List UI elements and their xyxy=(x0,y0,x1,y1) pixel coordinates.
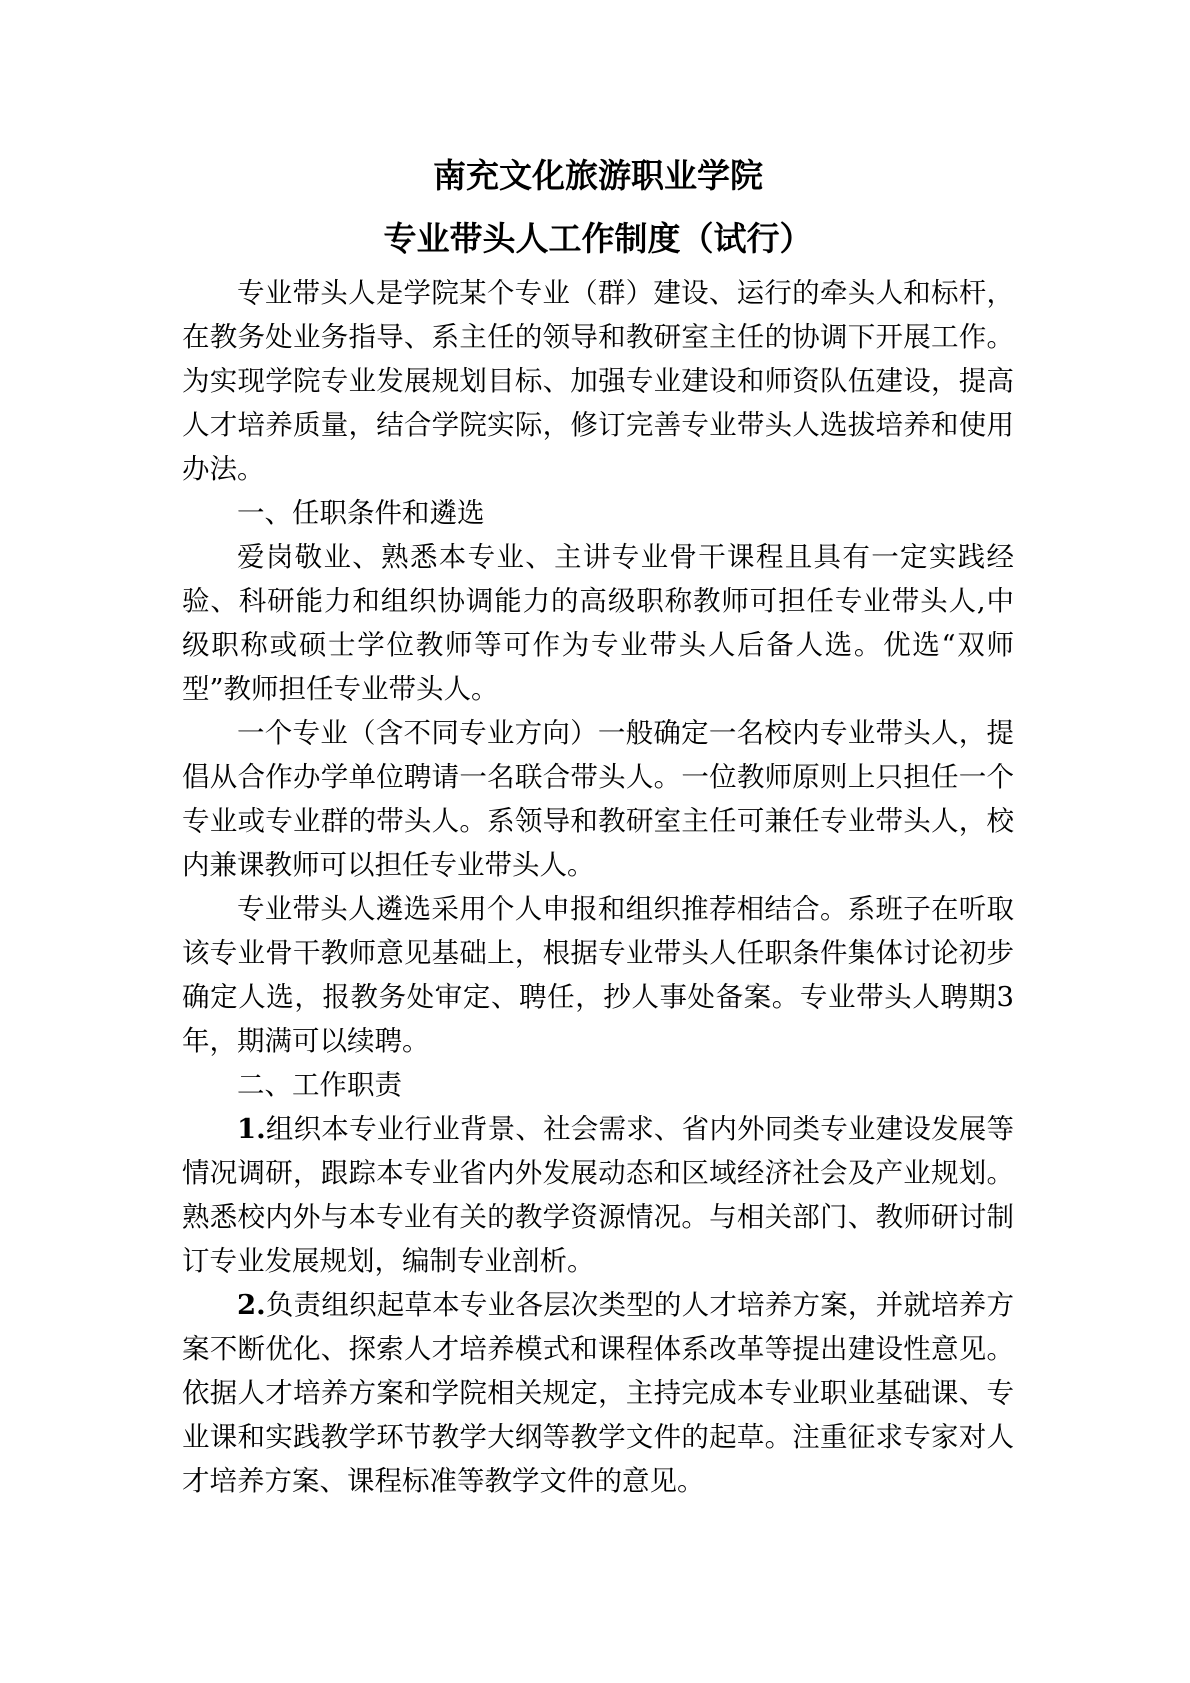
list-number-1: 1. xyxy=(237,1113,266,1145)
paragraph-duty-2: 2.负责组织起草本专业各层次类型的人才培养方案，并就培养方案不断优化、探索人才培… xyxy=(182,1283,1014,1503)
paragraph-conditions-2: 一个专业（含不同专业方向）一般确定一名校内专业带头人，提倡从合作办学单位聘请一名… xyxy=(182,711,1014,887)
document-content: 南充文化旅游职业学院 专业带头人工作制度（试行） 专业带头人是学院某个专业（群）… xyxy=(182,144,1014,1503)
document-title-line2: 专业带头人工作制度（试行） xyxy=(182,207,1014,270)
document-page: 南充文化旅游职业学院 专业带头人工作制度（试行） 专业带头人是学院某个专业（群）… xyxy=(0,0,1190,1683)
section-heading-duties: 二、工作职责 xyxy=(182,1063,1014,1107)
paragraph-selection: 专业带头人遴选采用个人申报和组织推荐相结合。系班子在听取该专业骨干教师意见基础上… xyxy=(182,887,1014,1063)
paragraph-duty-1: 1.组织本专业行业背景、社会需求、省内外同类专业建设发展等情况调研，跟踪本专业省… xyxy=(182,1107,1014,1283)
paragraph-duty-2-text: 负责组织起草本专业各层次类型的人才培养方案，并就培养方案不断优化、探索人才培养模… xyxy=(182,1289,1014,1497)
paragraph-duty-1-text: 组织本专业行业背景、社会需求、省内外同类专业建设发展等情况调研，跟踪本专业省内外… xyxy=(182,1113,1014,1277)
list-number-2: 2. xyxy=(237,1289,266,1321)
document-title-line1: 南充文化旅游职业学院 xyxy=(182,144,1014,207)
section-heading-conditions: 一、任职条件和遴选 xyxy=(182,491,1014,535)
paragraph-conditions-1: 爱岗敬业、熟悉本专业、主讲专业骨干课程且具有一定实践经验、科研能力和组织协调能力… xyxy=(182,535,1014,711)
paragraph-intro: 专业带头人是学院某个专业（群）建设、运行的牵头人和标杆，在教务处业务指导、系主任… xyxy=(182,271,1014,491)
